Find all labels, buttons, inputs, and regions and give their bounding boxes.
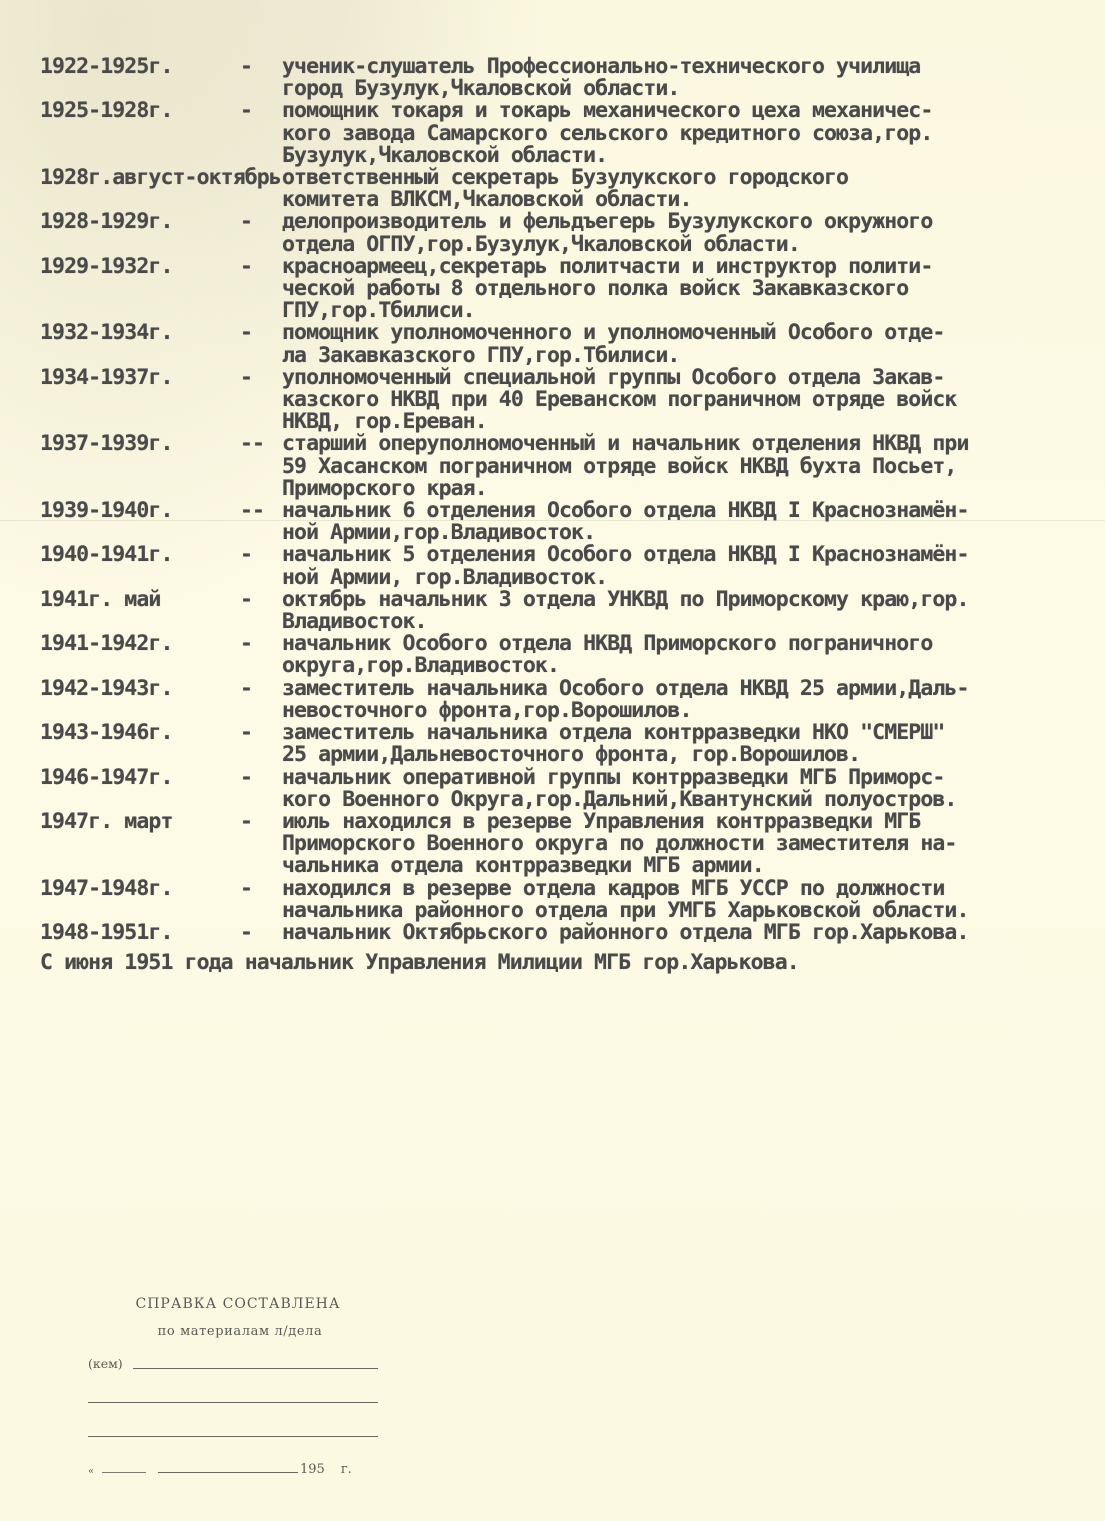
entry-period: 1948-1951г. [40, 922, 240, 944]
entry-separator: - [240, 544, 282, 588]
entry-description: помощник токаря и токарь механического ц… [282, 100, 1080, 167]
entry-description: начальник Октябрьского районного отдела … [282, 922, 1080, 944]
by-label: (кем) [88, 1356, 123, 1373]
service-entry: 1929-1932г.-красноармеец,секретарь полит… [40, 256, 1080, 323]
entry-description: начальник оперативной группы контрразвед… [282, 767, 1080, 811]
entry-description: ученик-слушатель Профессионально-техниче… [282, 56, 1080, 100]
entry-separator: - [240, 922, 282, 944]
entry-separator: - [240, 322, 282, 366]
entry-separator: - [240, 256, 282, 323]
entry-description: начальник 5 отделения Особого отдела НКВ… [282, 544, 1080, 588]
entry-description: старший оперуполномоченный и начальник о… [282, 433, 1080, 500]
entry-period: 1928-1929г. [40, 211, 240, 255]
form-subtitle: по материалам л/дела [102, 1324, 378, 1339]
entry-separator: - [240, 367, 282, 434]
service-entry: 1925-1928г.-помощник токаря и токарь мех… [40, 100, 1080, 167]
entry-description: июль находился в резерве Управления конт… [282, 811, 1080, 878]
entry-description: заместитель начальника отдела контрразве… [282, 722, 1080, 766]
form-line-2 [88, 1373, 378, 1407]
entry-separator: - [240, 56, 282, 100]
entry-period: 1922-1925г. [40, 56, 240, 100]
service-entry: 1947-1948г.-находился в резерве отдела к… [40, 878, 1080, 922]
entry-separator: -- [240, 500, 282, 544]
entry-period: 1932-1934г. [40, 322, 240, 366]
service-entry: 1947г. март-июль находился в резерве Упр… [40, 811, 1080, 878]
service-entry: 1937-1939г.--старший оперуполномоченный … [40, 433, 1080, 500]
entry-period: 1941-1942г. [40, 633, 240, 677]
entry-description: красноармеец,секретарь политчасти и инст… [282, 256, 1080, 323]
entry-period: 1925-1928г. [40, 100, 240, 167]
form-line-3 [88, 1407, 378, 1441]
entry-separator: - [240, 767, 282, 811]
service-record-entries: 1922-1925г.-ученик-слушатель Профессиона… [40, 56, 1080, 974]
entry-separator: - [240, 878, 282, 922]
entry-separator: - [240, 211, 282, 255]
entry-separator: - [240, 811, 282, 878]
entry-period: 1940-1941г. [40, 544, 240, 588]
entry-separator: - [240, 722, 282, 766]
entry-description: заместитель начальника Особого отдела НК… [282, 678, 1080, 722]
date-open-quote: « [88, 1466, 102, 1477]
entry-period: 1929-1932г. [40, 256, 240, 323]
entry-description: делопроизводитель и фельдъегерь Бузулукс… [282, 211, 1080, 255]
entry-separator: -- [240, 433, 282, 500]
date-year-suffix: г. [341, 1462, 352, 1477]
entry-separator: - [240, 633, 282, 677]
entry-period: 1946-1947г. [40, 767, 240, 811]
service-entry: 1942-1943г.-заместитель начальника Особо… [40, 678, 1080, 722]
compiled-by-form: СПРАВКА СОСТАВЛЕНА по материалам л/дела … [88, 1296, 378, 1477]
entry-description: ответственный секретарь Бузулукского гор… [282, 167, 1080, 211]
date-month-field[interactable] [158, 1472, 298, 1473]
entry-separator: - [240, 100, 282, 167]
service-entry: 1932-1934г.-помощник уполномоченного и у… [40, 322, 1080, 366]
entry-description: находился в резерве отдела кадров МГБ УС… [282, 878, 1080, 922]
entry-period: 1937-1939г. [40, 433, 240, 500]
date-year-prefix: 195 [300, 1462, 325, 1477]
current-position-line: С июня 1951 года начальник Управления Ми… [40, 952, 1080, 974]
entry-period: 1947-1948г. [40, 878, 240, 922]
extra-field-2[interactable] [88, 1436, 378, 1437]
extra-field-1[interactable] [88, 1402, 378, 1403]
entry-period: 1928г.август-октябрь [40, 167, 282, 211]
entry-period: 1939-1940г. [40, 500, 240, 544]
service-entry: 1946-1947г.-начальник оперативной группы… [40, 767, 1080, 811]
service-entry: 1934-1937г.-уполномоченный специальной г… [40, 367, 1080, 434]
entry-description: октябрь начальник 3 отдела УНКВД по Прим… [282, 589, 1080, 633]
entry-description: помощник уполномоченного и уполномоченны… [282, 322, 1080, 366]
form-date-row: « 195 г. [88, 1441, 378, 1477]
entry-period: 1941г. май [40, 589, 240, 633]
service-entry: 1941-1942г.-начальник Особого отдела НКВ… [40, 633, 1080, 677]
service-entry: 1939-1940г.--начальник 6 отделения Особо… [40, 500, 1080, 544]
service-entry: 1922-1925г.-ученик-слушатель Профессиона… [40, 56, 1080, 100]
entry-period: 1947г. март [40, 811, 240, 878]
entry-period: 1934-1937г. [40, 367, 240, 434]
form-title: СПРАВКА СОСТАВЛЕНА [98, 1296, 378, 1312]
form-by-row: (кем) [88, 1339, 378, 1373]
entry-separator: - [240, 589, 282, 633]
entry-description: начальник Особого отдела НКВД Приморског… [282, 633, 1080, 677]
service-entry: 1940-1941г.-начальник 5 отделения Особог… [40, 544, 1080, 588]
service-entry: 1941г. май-октябрь начальник 3 отдела УН… [40, 589, 1080, 633]
date-day-field[interactable] [102, 1472, 146, 1473]
by-field[interactable] [133, 1368, 378, 1369]
service-entry: 1948-1951г.-начальник Октябрьского район… [40, 922, 1080, 944]
service-entry: 1928-1929г.-делопроизводитель и фельдъег… [40, 211, 1080, 255]
entry-period: 1943-1946г. [40, 722, 240, 766]
entry-separator: - [240, 678, 282, 722]
service-entry: 1928г.август-октябрьответственный секрет… [40, 167, 1080, 211]
entry-period: 1942-1943г. [40, 678, 240, 722]
service-entry: 1943-1946г.-заместитель начальника отдел… [40, 722, 1080, 766]
entry-description: уполномоченный специальной группы Особог… [282, 367, 1080, 434]
entry-description: начальник 6 отделения Особого отдела НКВ… [282, 500, 1080, 544]
